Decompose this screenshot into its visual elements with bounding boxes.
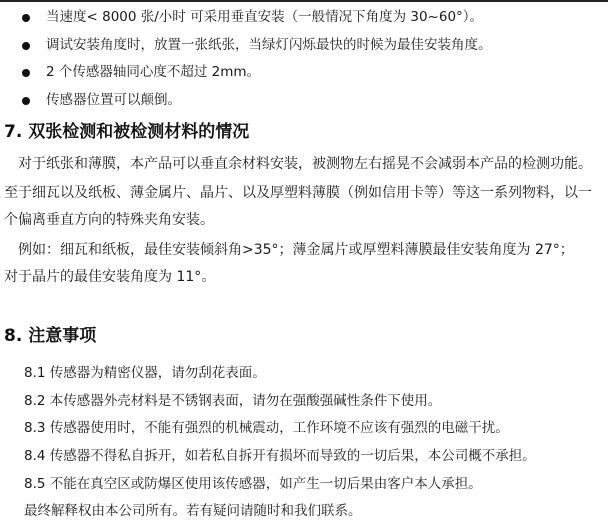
paragraph-line: 对于纸张和薄膜，本产品可以垂直余材料安装，被测物左右摇晃不会减弱本产品的检测功能…: [4, 154, 592, 174]
bullet-icon: [22, 14, 30, 22]
bullet-item: 当速度< 8000 张/小时 可采用垂直安装（一般情况下角度为 30~60°）。: [46, 7, 483, 27]
notice-item: 8.4 传感器不得私自拆开，如若私自拆开有损坏而导致的一切后果，本公司概不承担。: [24, 446, 536, 466]
notice-item: 8.5 不能在真空区或防爆区使用该传感器，如产生一切后果由客户本人承担。: [24, 474, 482, 494]
bullet-icon: [22, 69, 30, 77]
bullet-item: 2 个传感器轴同心度不超过 2mm。: [46, 62, 260, 82]
paragraph-line: 例如：细瓦和纸板，最佳安装倾斜角>35°；薄金属片或厚塑料薄膜最佳安装角度为 2…: [4, 240, 574, 260]
notice-item: 8.2 本传感器外壳材料是不锈钢表面，请勿在强酸强碱性条件下使用。: [24, 391, 441, 411]
paragraph-line: 至于细瓦以及纸板、薄金属片、晶片、以及厚塑料薄膜（例如信用卡等）等这一系列物料，…: [4, 183, 592, 203]
paragraph-line: 对于晶片的最佳安装角度为 11°。: [4, 267, 215, 287]
bullet-item: 调试安装角度时，放置一张纸张，当绿灯闪烁最快的时候为最佳安装角度。: [46, 35, 492, 55]
section-7-title: 7. 双张检测和被检测材料的情况: [4, 121, 249, 143]
paragraph-line: 个偏离垂直方向的特殊夹角安装。: [4, 210, 214, 230]
notice-item: 8.3 传感器使用时，不能有强烈的机械震动，工作环境不应该有强烈的电磁干扰。: [24, 418, 509, 438]
bullet-icon: [22, 97, 30, 105]
bullet-item: 传感器位置可以颠倒。: [46, 90, 181, 110]
section-8-title: 8. 注意事项: [4, 325, 96, 347]
footer-note: 最终解释权由本公司所有。若有疑问请随时和我们联系。: [24, 501, 362, 521]
notice-item: 8.1 传感器为精密仪器，请勿刮花表面。: [24, 363, 266, 383]
top-border: [0, 0, 608, 2]
bullet-icon: [22, 42, 30, 50]
